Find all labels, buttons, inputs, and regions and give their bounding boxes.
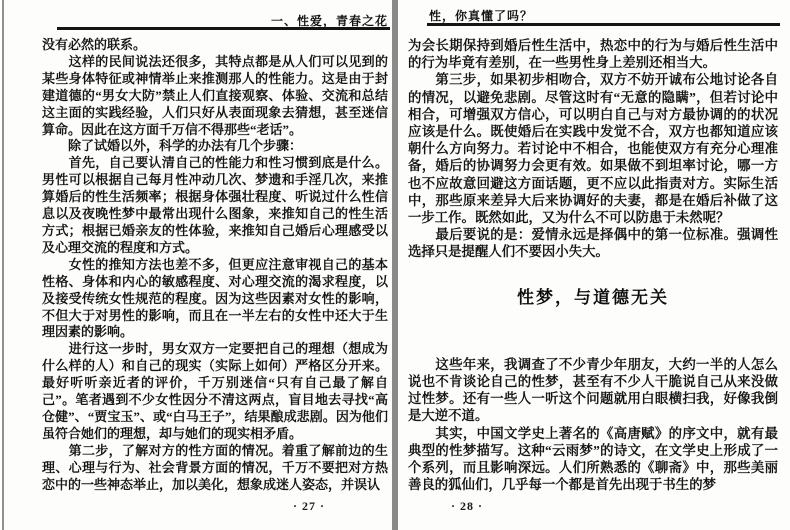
left-page-body: 没有必然的联系。 这样的民间说法还很多，其特点都是从人们可以见到的某些身体特征或… — [42, 37, 388, 493]
paragraph: 没有必然的联系。 — [42, 37, 388, 54]
paragraph: 除了试婚以外，科学的办法有几个步骤： — [42, 138, 388, 155]
paragraph: 其实，中国文学史上著名的《高唐赋》的序文中，就有最典型的性梦描写。这种“云雨梦”… — [408, 425, 778, 494]
paragraph: 第三步，如果初步相吻合，双方不妨开诚布公地讨论各自的情况，以避免悲剧。尽管这时有… — [408, 71, 778, 226]
left-page: 一、性爱，青春之花 没有必然的联系。 这样的民间说法还很多，其特点都是从人们可以… — [4, 0, 392, 530]
section-heading: 性梦，与道德无关 — [408, 289, 778, 306]
left-page-number: · 27 · — [293, 499, 325, 514]
right-running-head: 性，你真懂了吗？ — [429, 7, 533, 24]
paragraph: 这些年来，我调查了不少青少年朋友，大约一半的人怎么说也不肯谈论自己的性梦，甚至有… — [408, 356, 778, 425]
right-page-upper-paragraphs: 为会长期保持到婚后性生活中，热恋中的行为与婚后性生活中的行为毕竟有差别，在一些男… — [408, 37, 778, 261]
paragraph: 为会长期保持到婚后性生活中，热恋中的行为与婚后性生活中的行为毕竟有差别，在一些男… — [408, 37, 778, 71]
left-header-rule — [57, 27, 390, 30]
right-header-rule — [427, 23, 780, 26]
paragraph: 这样的民间说法还很多，其特点都是从人们可以见到的某些身体特征或神情举止来推测那人… — [42, 54, 388, 139]
right-page-body: 为会长期保持到婚后性生活中，热恋中的行为与婚后性生活中的行为毕竟有差别，在一些男… — [408, 37, 778, 493]
paragraph: 女性的推知方法也差不多，但更应注意审视自己的基本性格、身体和内心的敏感程度、对心… — [42, 257, 388, 342]
paragraph: 首先，自己要认清自己的性能力和性习惯到底是什么。男性可以根据自己每月性冲动几次、… — [42, 155, 388, 256]
right-page: 性，你真懂了吗？ 为会长期保持到婚后性生活中，热恋中的行为与婚后性生活中的行为毕… — [398, 0, 790, 530]
right-page-number: · 28 · — [451, 499, 483, 514]
right-page-lower-paragraphs: 这些年来，我调查了不少青少年朋友，大约一半的人怎么说也不肯谈论自己的性梦，甚至有… — [408, 356, 778, 494]
paragraph: 第二步，了解对方的性方面的情况。着重了解前边的生理、心理与行为、社会背景方面的情… — [42, 443, 388, 494]
paragraph: 最后要说的是：爱情永远是择偶中的第一位标准。强调性选择只是提醒人们不要因小失大。 — [408, 226, 778, 260]
paragraph: 进行这一步时，男女双方一定要把自己的理想（想成为什么样的人）和自己的现实（实际上… — [42, 341, 388, 442]
book-scan-spread: 一、性爱，青春之花 没有必然的联系。 这样的民间说法还很多，其特点都是从人们可以… — [0, 0, 790, 530]
